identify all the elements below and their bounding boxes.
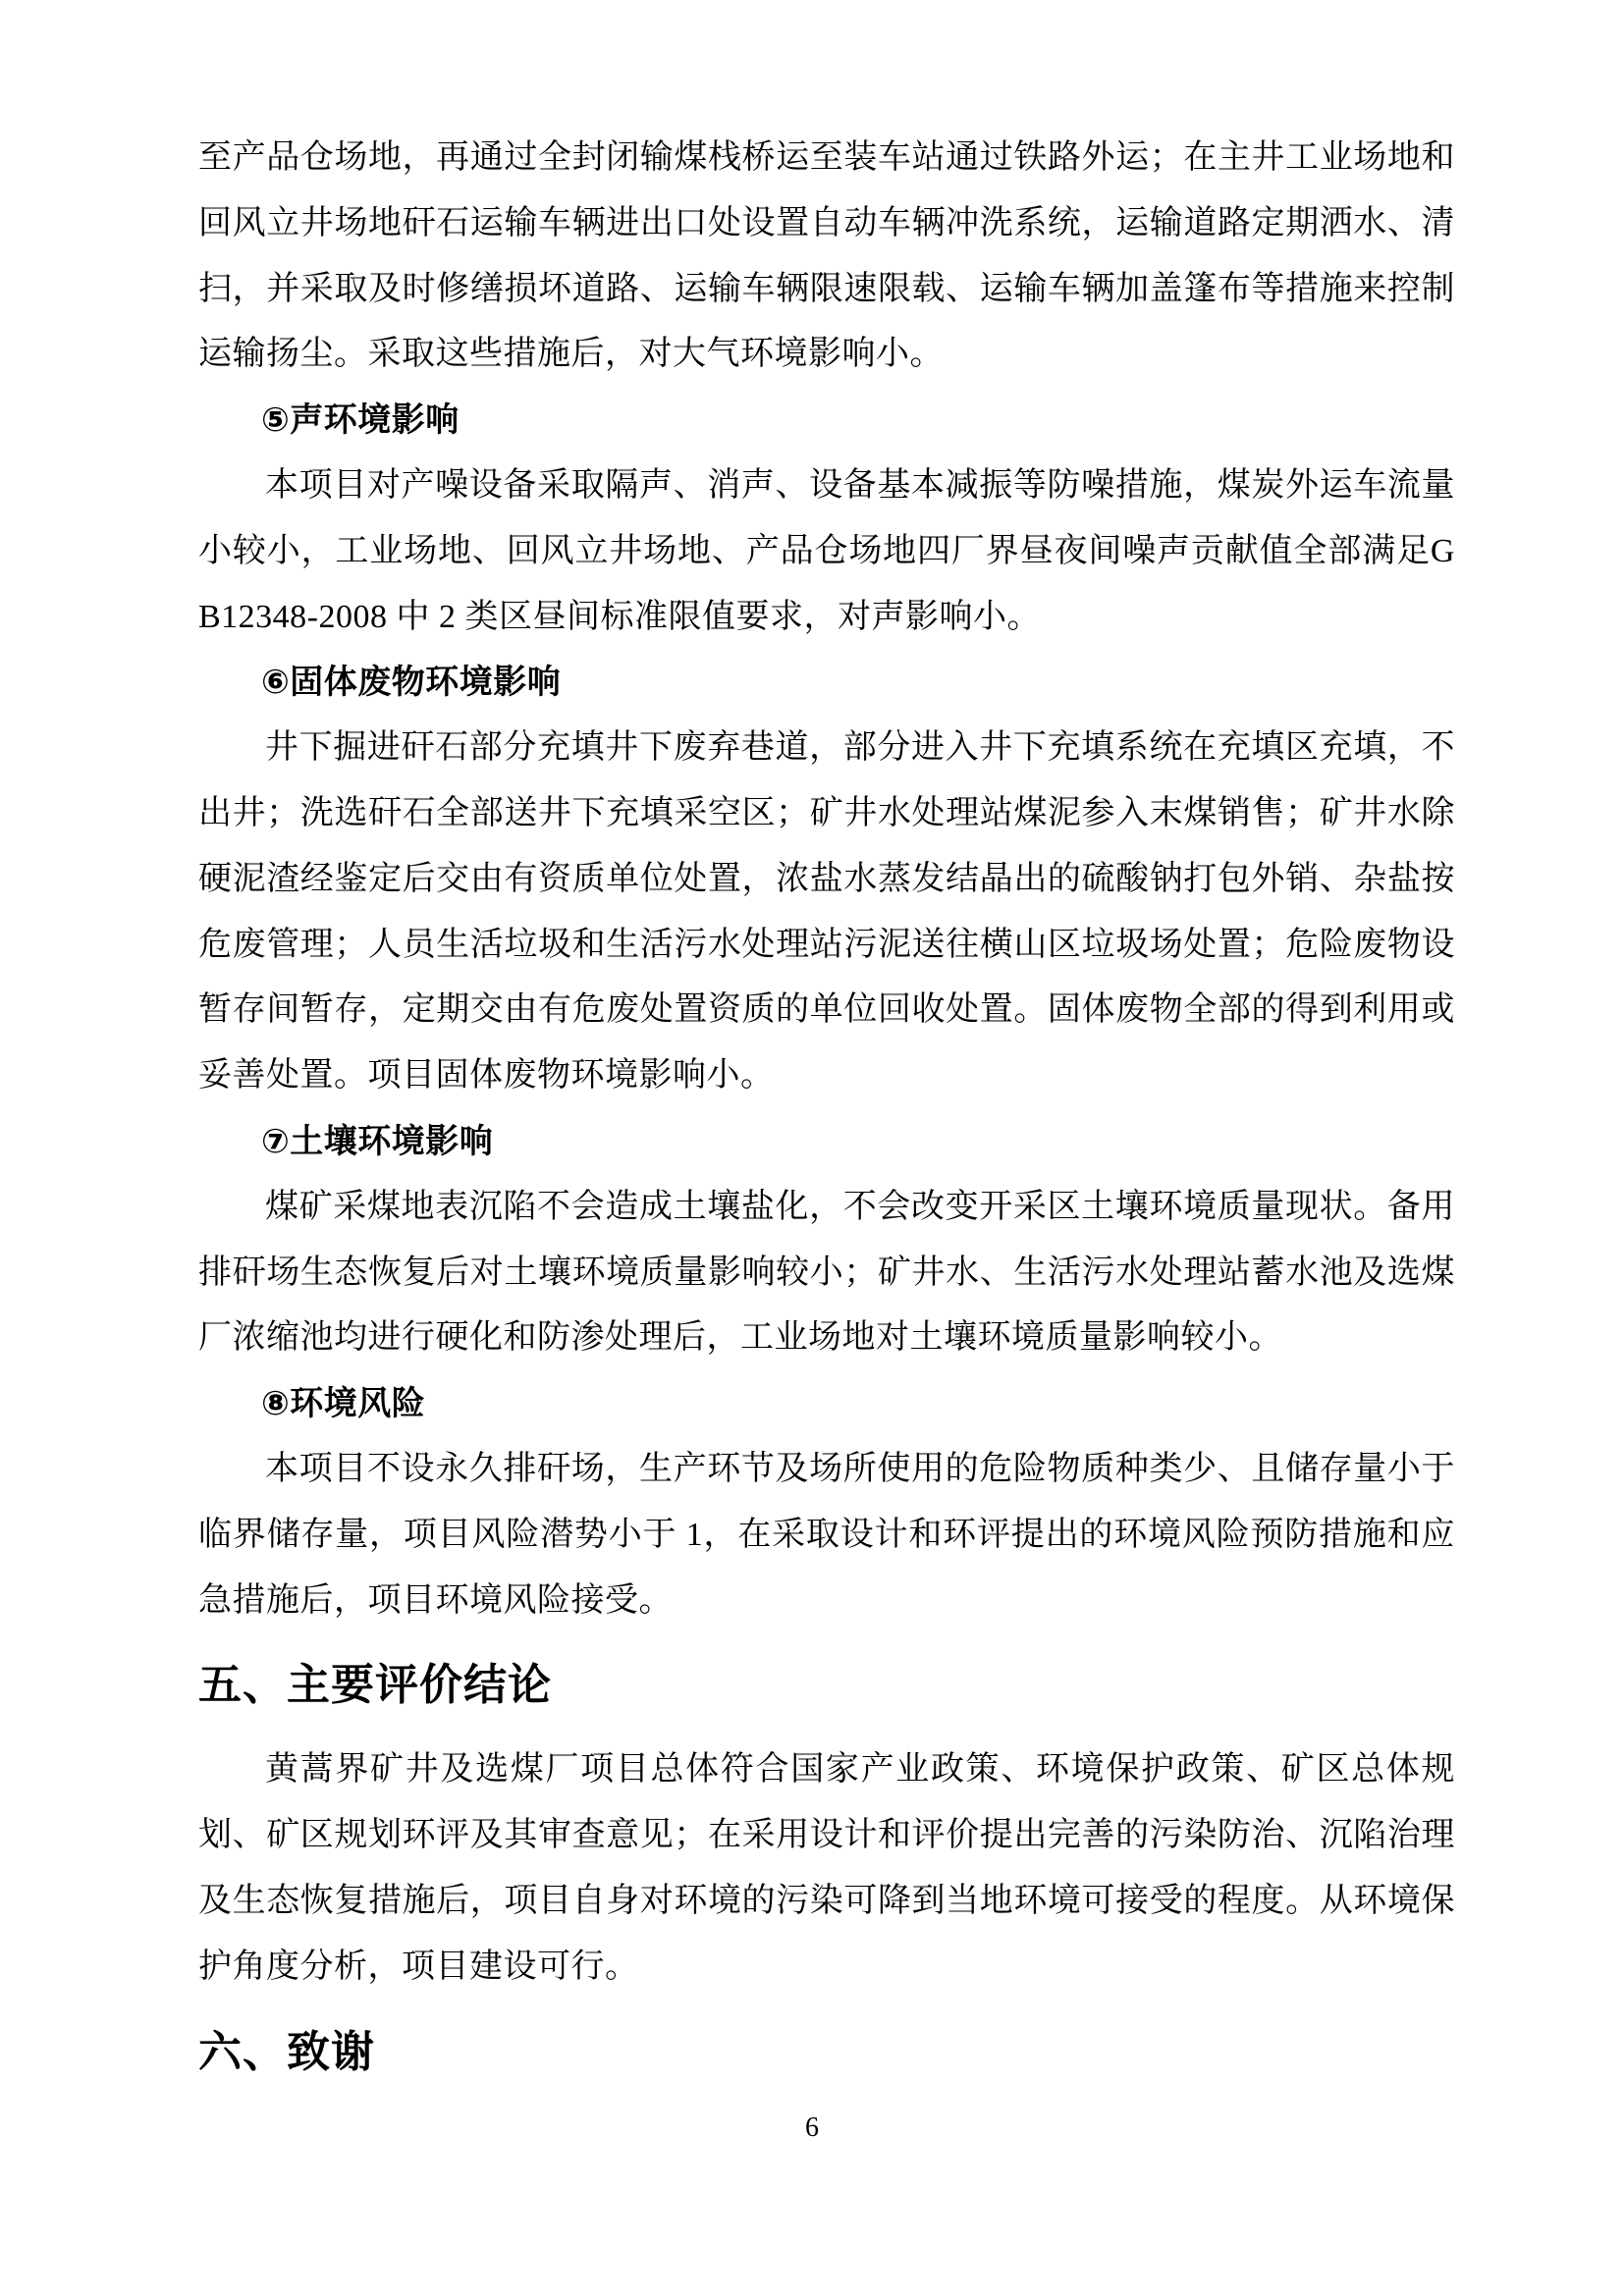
body-paragraph: 本项目对产噪设备采取隔声、消声、设备基本减振等防噪措施，煤炭外运车流量小较小，工… <box>198 454 1455 650</box>
section-heading-risk: ⑧环境风险 <box>198 1371 1455 1437</box>
section-heading-solid-waste: ⑥固体废物环境影响 <box>198 650 1455 716</box>
body-paragraph: 井下掘进矸石部分充填井下废弃巷道，部分进入井下充填系统在充填区充填，不出井；洗选… <box>198 716 1455 1109</box>
page-number: 6 <box>0 2112 1624 2144</box>
chapter-heading-conclusion: 五、主要评价结论 <box>198 1651 1455 1720</box>
section-heading-noise: ⑤声环境影响 <box>198 388 1455 454</box>
body-paragraph: 煤矿采煤地表沉陷不会造成土壤盐化，不会改变开采区土壤环境质量现状。备用排矸场生态… <box>198 1175 1455 1371</box>
chapter-heading-acknowledgement: 六、致谢 <box>198 2018 1455 2087</box>
document-body: 至产品仓场地，再通过全封闭输煤栈桥运至装车站通过铁路外运；在主井工业场地和回风立… <box>198 126 1455 2105</box>
document-page: 至产品仓场地，再通过全封闭输煤栈桥运至装车站通过铁路外运；在主井工业场地和回风立… <box>0 0 1624 2296</box>
body-paragraph: 本项目不设永久排矸场，生产环节及场所使用的危险物质种类少、且储存量小于临界储存量… <box>198 1437 1455 1633</box>
section-heading-soil: ⑦土壤环境影响 <box>198 1109 1455 1175</box>
body-paragraph: 黄蒿界矿井及选煤厂项目总体符合国家产业政策、环境保护政策、矿区总体规划、矿区规划… <box>198 1737 1455 2000</box>
body-paragraph: 至产品仓场地，再通过全封闭输煤栈桥运至装车站通过铁路外运；在主井工业场地和回风立… <box>198 126 1455 388</box>
